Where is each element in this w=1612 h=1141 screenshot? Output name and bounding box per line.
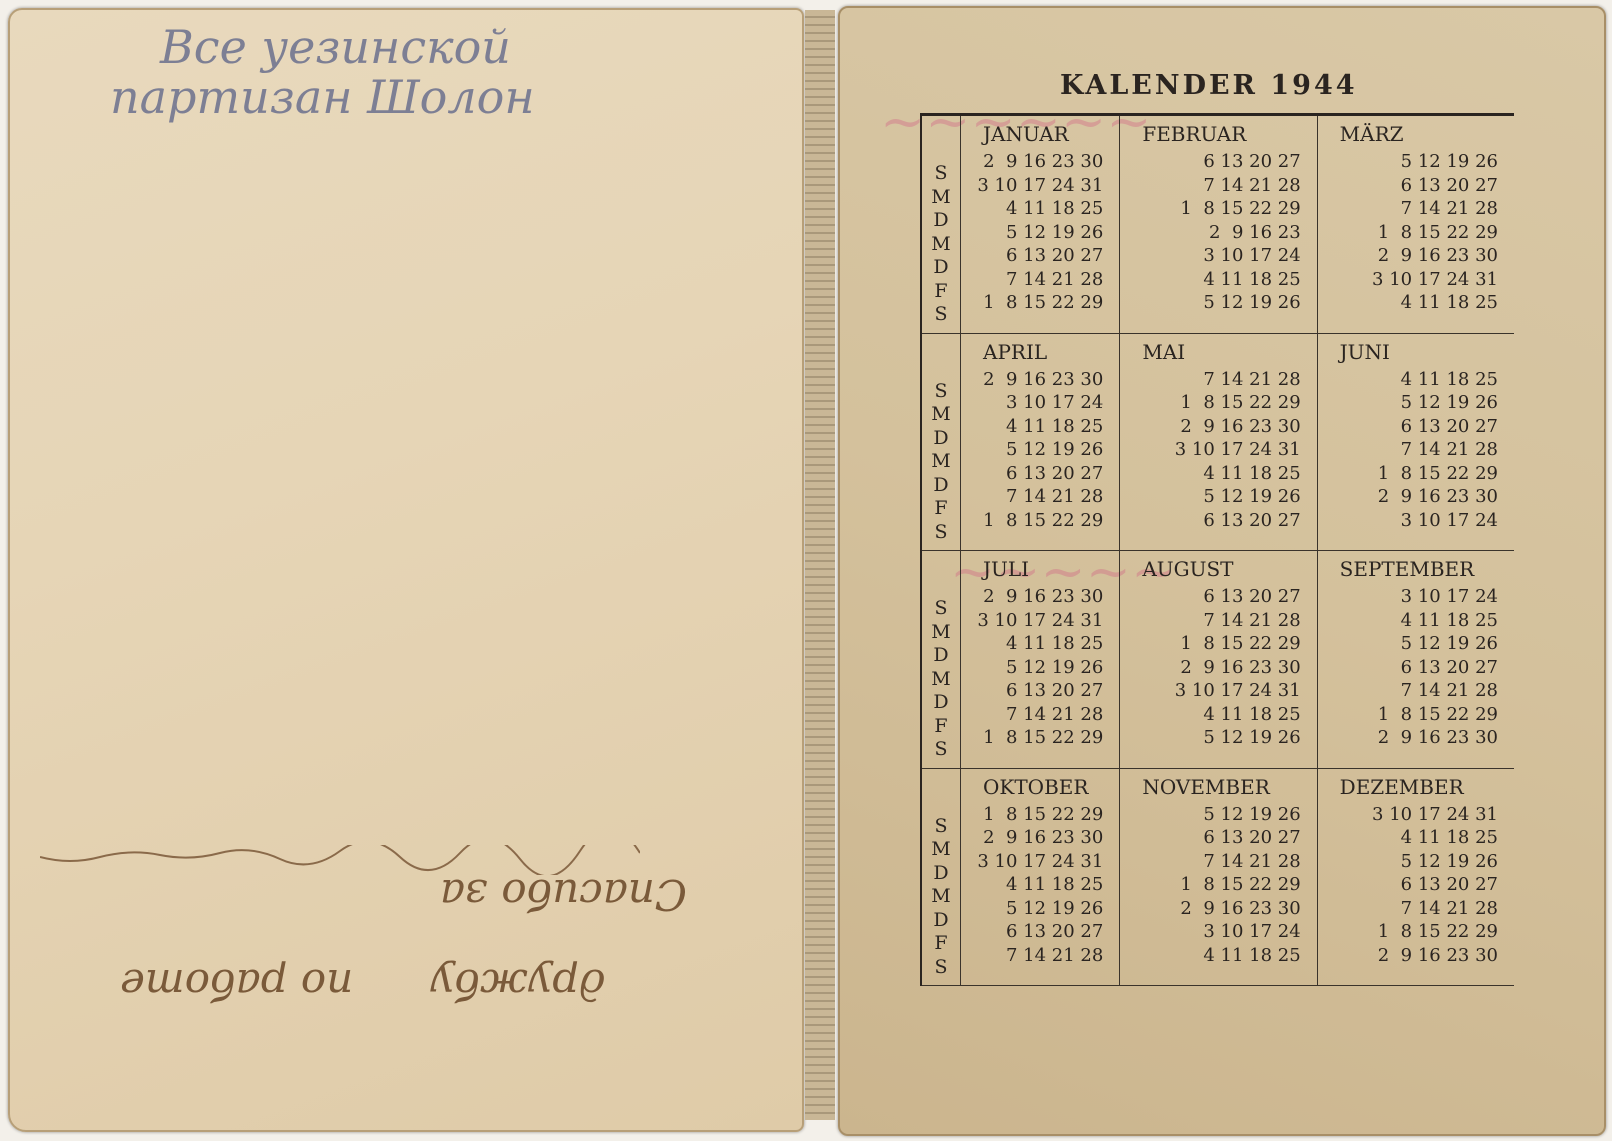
day-row: 4 11 18 25: [1322, 368, 1510, 392]
calendar-grid: SMDMDFSJANUAR2 9 16 23 303 10 17 24 314 …: [920, 113, 1514, 986]
day-row: 4 11 18 25: [965, 197, 1115, 221]
day-row: 2 9 16 23 30: [1124, 415, 1312, 439]
month-name: DEZEMBER: [1322, 775, 1510, 803]
day-row: 4 11 18 25: [1124, 462, 1312, 486]
weekday-label: D: [922, 256, 960, 280]
day-row: 1 8 15 22 29: [1124, 391, 1312, 415]
weekday-label: F: [922, 497, 960, 521]
weekday-label: S: [922, 956, 960, 980]
day-row: 5 12 19 26: [965, 221, 1115, 245]
spine: [805, 10, 835, 1120]
day-row: 6 13 20 27: [965, 244, 1115, 268]
day-row: 3 10 17 24: [1124, 920, 1312, 944]
day-row: 6 13 20 27: [1322, 415, 1510, 439]
month-name: FEBRUAR: [1124, 122, 1312, 150]
weekday-label: M: [922, 186, 960, 210]
month-block: DEZEMBER3 10 17 24 314 11 18 255 12 19 2…: [1317, 769, 1514, 987]
day-row: 6 13 20 27: [1124, 826, 1312, 850]
weekday-label: S: [922, 738, 960, 762]
day-row: 2 9 16 23 30: [965, 585, 1115, 609]
month-block: MÄRZ5 12 19 266 13 20 277 14 21 281 8 15…: [1317, 116, 1514, 334]
day-row: 4 11 18 25: [1322, 826, 1510, 850]
weekday-label: S: [922, 521, 960, 545]
day-row: 1 8 15 22 29: [1322, 221, 1510, 245]
day-row: 3 10 17 24 31: [1322, 803, 1510, 827]
month-block: MAI7 14 21 281 8 15 22 292 9 16 23 303 1…: [1119, 334, 1316, 552]
weekday-label: M: [922, 838, 960, 862]
day-row: 3 10 17 24: [1124, 244, 1312, 268]
calendar-title: KALENDER 1944: [1060, 70, 1358, 101]
month-block: AUGUST6 13 20 277 14 21 281 8 15 22 292 …: [1119, 551, 1316, 769]
month-block: FEBRUAR6 13 20 277 14 21 281 8 15 22 292…: [1119, 116, 1316, 334]
day-row: 4 11 18 25: [1124, 268, 1312, 292]
month-block: SMDMDFSJULI2 9 16 23 303 10 17 24 314 11…: [922, 551, 1119, 769]
day-row: 2 9 16 23 30: [1322, 944, 1510, 968]
month-block: SMDMDFSOKTOBER1 8 15 22 292 9 16 23 303 …: [922, 769, 1119, 987]
day-row: 7 14 21 28: [1124, 368, 1312, 392]
month-name: NOVEMBER: [1124, 775, 1312, 803]
weekday-label: M: [922, 450, 960, 474]
day-row: 7 14 21 28: [1322, 438, 1510, 462]
weekday-label: M: [922, 621, 960, 645]
day-row: 6 13 20 27: [965, 679, 1115, 703]
weekday-label: F: [922, 932, 960, 956]
weekday-label: M: [922, 668, 960, 692]
day-row: 7 14 21 28: [1322, 197, 1510, 221]
weekday-labels: SMDMDFS: [922, 769, 960, 986]
weekday-label: D: [922, 862, 960, 886]
day-row: 5 12 19 26: [1322, 850, 1510, 874]
day-row: 5 12 19 26: [1124, 726, 1312, 750]
ink-note-line2: дружбу: [430, 960, 606, 1009]
weekday-label: S: [922, 303, 960, 327]
ink-note-line3: по работе: [120, 960, 353, 1009]
month-name: MÄRZ: [1322, 122, 1510, 150]
day-row: 7 14 21 28: [965, 485, 1115, 509]
weekday-label: M: [922, 403, 960, 427]
day-row: 1 8 15 22 29: [965, 803, 1115, 827]
day-row: 5 12 19 26: [1124, 291, 1312, 315]
month-block: SMDMDFSAPRIL2 9 16 23 303 10 17 244 11 1…: [922, 334, 1119, 552]
weekday-label: S: [922, 380, 960, 404]
day-row: 2 9 16 23 30: [1322, 244, 1510, 268]
day-row: 2 9 16 23 30: [1124, 656, 1312, 680]
weekday-label: F: [922, 280, 960, 304]
day-row: 2 9 16 23 30: [965, 826, 1115, 850]
weekday-label: S: [922, 597, 960, 621]
day-row: 1 8 15 22 29: [1322, 462, 1510, 486]
day-row: 5 12 19 26: [1322, 632, 1510, 656]
weekday-label: D: [922, 691, 960, 715]
day-row: 5 12 19 26: [965, 897, 1115, 921]
pencil-note-line2: партизан Шолон: [110, 70, 535, 124]
day-row: 7 14 21 28: [1322, 679, 1510, 703]
month-block: SEPTEMBER3 10 17 244 11 18 255 12 19 266…: [1317, 551, 1514, 769]
day-row: 3 10 17 24 31: [1322, 268, 1510, 292]
month-name: MAI: [1124, 340, 1312, 368]
day-row: 6 13 20 27: [1124, 585, 1312, 609]
weekday-label: S: [922, 815, 960, 839]
month-name: APRIL: [965, 340, 1115, 368]
day-row: 3 10 17 24: [1322, 509, 1510, 533]
day-row: 6 13 20 27: [965, 462, 1115, 486]
day-row: 6 13 20 27: [1124, 150, 1312, 174]
month-name: OKTOBER: [965, 775, 1115, 803]
month-name: JUNI: [1322, 340, 1510, 368]
weekday-label: M: [922, 233, 960, 257]
day-row: 1 8 15 22 29: [965, 291, 1115, 315]
day-row: 5 12 19 26: [1322, 150, 1510, 174]
day-row: 5 12 19 26: [965, 438, 1115, 462]
weekday-label: D: [922, 644, 960, 668]
day-row: 2 9 16 23 30: [1322, 485, 1510, 509]
day-row: 4 11 18 25: [965, 873, 1115, 897]
day-row: 1 8 15 22 29: [1124, 197, 1312, 221]
day-row: 7 14 21 28: [965, 703, 1115, 727]
day-row: 1 8 15 22 29: [965, 726, 1115, 750]
weekday-labels: SMDMDFS: [922, 116, 960, 333]
day-row: 3 10 17 24 31: [965, 609, 1115, 633]
day-row: 5 12 19 26: [1322, 391, 1510, 415]
day-row: 2 9 16 23 30: [1124, 897, 1312, 921]
month-name: JULI: [965, 557, 1115, 585]
day-row: 1 8 15 22 29: [1322, 703, 1510, 727]
day-row: 6 13 20 27: [1322, 873, 1510, 897]
weekday-label: F: [922, 715, 960, 739]
day-row: 6 13 20 27: [1124, 509, 1312, 533]
weekday-label: S: [922, 162, 960, 186]
day-row: 2 9 16 23: [1124, 221, 1312, 245]
day-row: 4 11 18 25: [1322, 291, 1510, 315]
month-name: JANUAR: [965, 122, 1115, 150]
weekday-label: D: [922, 427, 960, 451]
day-row: 4 11 18 25: [965, 415, 1115, 439]
month-block: SMDMDFSJANUAR2 9 16 23 303 10 17 24 314 …: [922, 116, 1119, 334]
day-row: 1 8 15 22 29: [965, 509, 1115, 533]
day-row: 3 10 17 24 31: [965, 850, 1115, 874]
day-row: 7 14 21 28: [1124, 174, 1312, 198]
day-row: 7 14 21 28: [1322, 897, 1510, 921]
weekday-label: D: [922, 474, 960, 498]
day-row: 2 9 16 23 30: [1322, 726, 1510, 750]
day-row: 4 11 18 25: [1124, 703, 1312, 727]
month-name: AUGUST: [1124, 557, 1312, 585]
day-row: 2 9 16 23 30: [965, 150, 1115, 174]
weekday-labels: SMDMDFS: [922, 334, 960, 551]
weekday-label: D: [922, 909, 960, 933]
day-row: 6 13 20 27: [965, 920, 1115, 944]
day-row: 5 12 19 26: [1124, 485, 1312, 509]
day-row: 4 11 18 25: [1322, 609, 1510, 633]
day-row: 6 13 20 27: [1322, 656, 1510, 680]
month-name: SEPTEMBER: [1322, 557, 1510, 585]
day-row: 1 8 15 22 29: [1322, 920, 1510, 944]
day-row: 7 14 21 28: [1124, 609, 1312, 633]
day-row: 1 8 15 22 29: [1124, 632, 1312, 656]
day-row: 5 12 19 26: [965, 656, 1115, 680]
pencil-note-line1: Все уезинской: [160, 20, 511, 74]
month-block: NOVEMBER5 12 19 266 13 20 277 14 21 281 …: [1119, 769, 1316, 987]
day-row: 3 10 17 24: [1322, 585, 1510, 609]
day-row: 3 10 17 24: [965, 391, 1115, 415]
day-row: 3 10 17 24 31: [1124, 438, 1312, 462]
day-row: 2 9 16 23 30: [965, 368, 1115, 392]
weekday-labels: SMDMDFS: [922, 551, 960, 768]
day-row: 6 13 20 27: [1322, 174, 1510, 198]
day-row: 1 8 15 22 29: [1124, 873, 1312, 897]
day-row: 3 10 17 24 31: [1124, 679, 1312, 703]
day-row: 5 12 19 26: [1124, 803, 1312, 827]
day-row: 4 11 18 25: [1124, 944, 1312, 968]
day-row: 4 11 18 25: [965, 632, 1115, 656]
day-row: 7 14 21 28: [1124, 850, 1312, 874]
weekday-label: D: [922, 209, 960, 233]
day-row: 7 14 21 28: [965, 268, 1115, 292]
day-row: 3 10 17 24 31: [965, 174, 1115, 198]
weekday-label: M: [922, 885, 960, 909]
month-block: JUNI4 11 18 255 12 19 266 13 20 277 14 2…: [1317, 334, 1514, 552]
ink-note-line1: Спасибо за: [440, 870, 687, 919]
day-row: 7 14 21 28: [965, 944, 1115, 968]
